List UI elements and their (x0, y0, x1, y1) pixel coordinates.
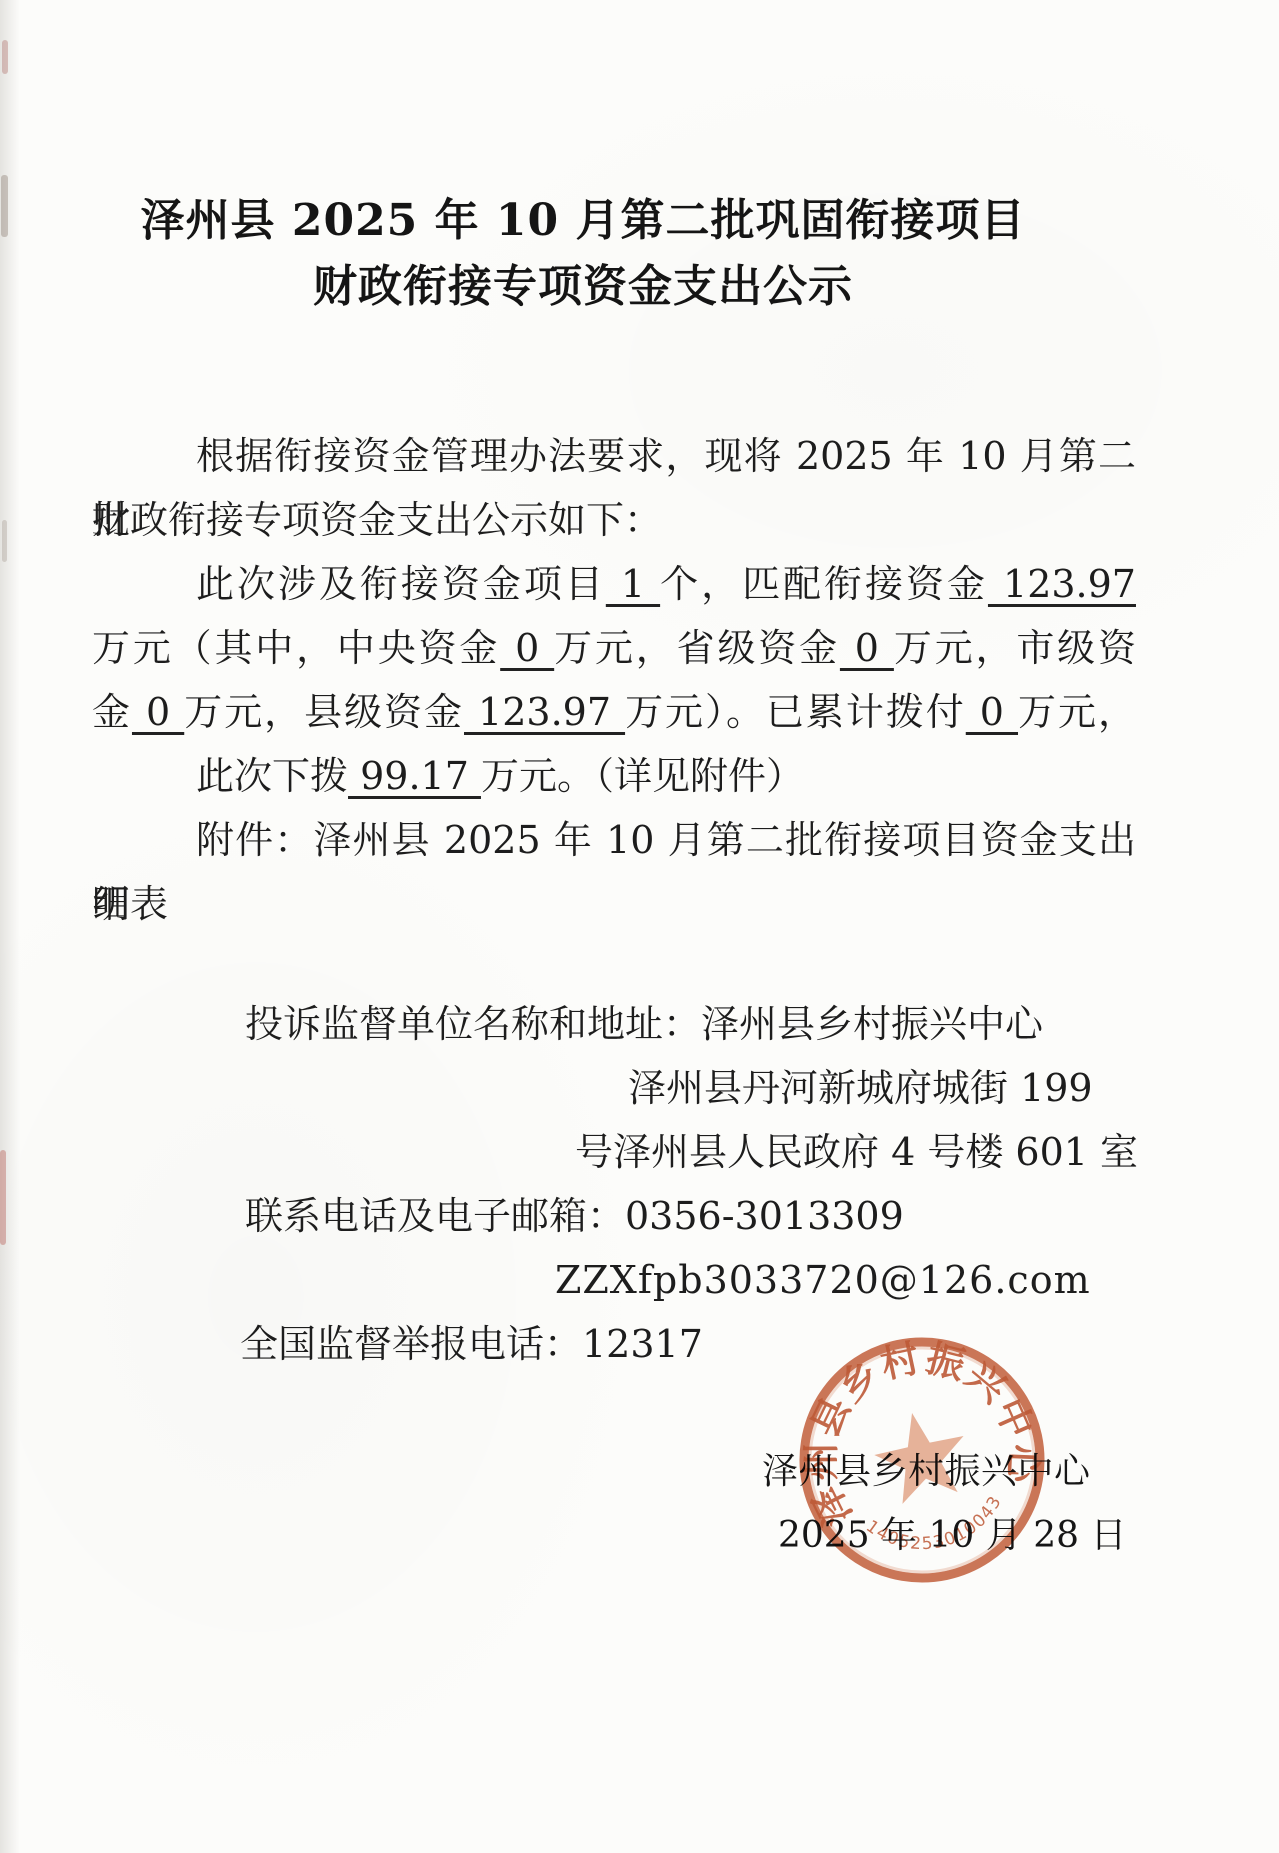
body-line: 金 0 万元，县级资金 123.97 万元）。已累计拨付 0 万元， (92, 680, 1136, 744)
underlined-value: 1 (606, 562, 660, 606)
text-segment: 细表 (92, 882, 168, 926)
address-line-2: 号泽州县人民政府 4 号楼 601 室 (575, 1120, 1212, 1184)
email-line: ZZXfpb3033720@126.com (555, 1248, 1212, 1312)
scanned-document-page: 泽州县 2025 年 10 月第二批巩固衔接项目 财政衔接专项资金支出公示 根据… (0, 0, 1279, 1853)
underlined-value: 0 (132, 690, 184, 734)
document-title-line-2: 财政衔接专项资金支出公示 (30, 256, 1136, 318)
document-title-line-1: 泽州县 2025 年 10 月第二批巩固衔接项目 (30, 190, 1136, 252)
text-segment: 万元，省级资金 (554, 626, 840, 670)
scan-artifact (1, 175, 8, 237)
text-segment: 财政衔接专项资金支出公示如下： (92, 498, 662, 542)
underlined-value: 99.17 (348, 754, 481, 798)
underlined-value: 123.97 (464, 690, 625, 734)
official-stamp: 泽州县乡村振兴中心 1405253010043 (772, 1310, 1072, 1610)
underlined-value: 0 (966, 690, 1018, 734)
text-segment: 个，匹配衔接资金 (660, 562, 988, 606)
scan-edge-shadow (0, 0, 20, 1853)
text-segment: 万元（其中，中央资金 (92, 626, 500, 670)
text-segment: 万元， (1018, 690, 1136, 734)
body-line: 细表 (92, 872, 1136, 936)
underlined-value: 0 (840, 626, 894, 670)
text-segment: 万元）。已累计拨付 (625, 690, 966, 734)
body-line: 财政衔接专项资金支出公示如下： (92, 488, 1136, 552)
text-segment: 此次涉及衔接资金项目 (196, 562, 606, 606)
text-segment: 此次下拨 (196, 754, 348, 798)
scan-artifact (2, 40, 8, 74)
scan-artifact (2, 520, 7, 562)
text-segment: 万元。（详见附件） (481, 754, 804, 798)
body-line: 此次下拨 99.17 万元。（详见附件） (92, 744, 1136, 808)
body-line: 万元（其中，中央资金 0 万元，省级资金 0 万元，市级资 (92, 616, 1136, 680)
underlined-value: 123.97 (988, 562, 1136, 606)
stamp-star-icon (867, 1404, 974, 1508)
scan-artifact (0, 1150, 6, 1245)
address-line-1: 泽州县丹河新城府城街 199 (628, 1056, 1212, 1120)
complaint-unit-line: 投诉监督单位名称和地址：泽州县乡村振兴中心 (245, 992, 1212, 1056)
text-segment: 万元，县级资金 (184, 690, 464, 734)
phone-line: 联系电话及电子邮箱：0356-3013309 (245, 1184, 1212, 1248)
text-segment: 金 (92, 690, 132, 734)
text-segment: 万元，市级资 (894, 626, 1136, 670)
underlined-value: 0 (500, 626, 554, 670)
body-text: 根据衔接资金管理办法要求，现将 2025 年 10 月第二批 财政衔接专项资金支… (92, 424, 1136, 936)
body-line: 附件：泽州县 2025 年 10 月第二批衔接项目资金支出明 (92, 808, 1136, 872)
body-line: 此次涉及衔接资金项目 1 个，匹配衔接资金 123.97 (92, 552, 1136, 616)
body-line: 根据衔接资金管理办法要求，现将 2025 年 10 月第二批 (92, 424, 1136, 488)
